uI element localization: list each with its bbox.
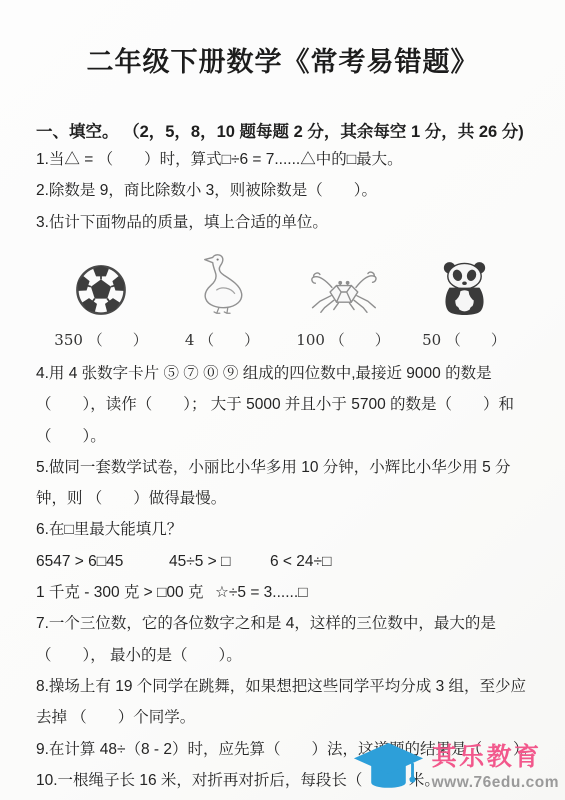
estimation-items: 350 （ ） 4 （ ） — [36, 238, 537, 350]
estimation-item-panda: 50 （ ） — [405, 248, 523, 350]
estimation-item-soccer-ball: 350 （ ） — [42, 248, 160, 350]
q6-expression-5: ☆÷5 = 3......□ — [215, 577, 308, 608]
soccer-ball-mass-blank: 350 （ ） — [54, 329, 147, 350]
graduation-cap-icon — [352, 740, 425, 796]
q6-expression-3: 6 < 24÷□ — [270, 546, 331, 577]
q6-expression-2: 45÷5 > □ — [169, 546, 270, 577]
goose-icon — [195, 248, 250, 316]
question-4: 4.用 4 张数字卡片 ⑤ ⑦ ⓪ ⑨ 组成的四位数中,最接近 9000 的数是… — [36, 358, 537, 452]
logo-website-url: www.76edu.com — [432, 774, 559, 793]
panda-mass-blank: 50 （ ） — [422, 329, 506, 350]
question-7: 7.一个三位数，它的各位数字之和是 4，这样的三位数中，最大的是（ ）， 最小的… — [36, 608, 537, 671]
q6-expression-4: 1 千克 - 300 克 > □00 克 — [36, 577, 215, 608]
q6-expression-1: 6547 > 6□45 — [36, 546, 169, 577]
crab-mass-blank: 100 （ ） — [296, 329, 389, 350]
q6-expressions-row-1: 6547 > 6□45 45÷5 > □ 6 < 24÷□ — [36, 546, 537, 577]
soccer-ball-icon — [75, 248, 127, 316]
estimation-item-goose: 4 （ ） — [163, 248, 281, 350]
panda-icon — [439, 248, 490, 316]
logo-brand-name: 其乐教育 — [432, 743, 542, 772]
worksheet-content: 一、填空。 （2，5，8，10 题每题 2 分，其余每空 1 分，共 26 分)… — [0, 121, 565, 796]
estimation-items-row: 350 （ ） 4 （ ） — [36, 238, 537, 350]
question-5: 5.做同一套数学试卷，小丽比小华多用 10 分钟，小辉比小华少用 5 分钟，则 … — [36, 452, 537, 515]
goose-mass-blank: 4 （ ） — [185, 329, 259, 350]
section-heading: 一、填空。 （2，5，8，10 题每题 2 分，其余每空 1 分，共 26 分) — [36, 121, 537, 144]
question-3: 3.估计下面物品的质量，填上合适的单位。 — [36, 207, 537, 238]
page-title: 二年级下册数学《常考易错题》 — [0, 0, 565, 79]
logo-text-block: 其乐教育 www.76edu.com — [432, 743, 559, 792]
question-6: 6.在□里最大能填几？ — [36, 514, 537, 545]
question-8: 8.操场上有 19 个同学在跳舞，如果想把这些同学平均分成 3 组，至少应去掉 … — [36, 671, 537, 734]
crab-icon — [306, 248, 380, 316]
worksheet-page: 二年级下册数学《常考易错题》 一、填空。 （2，5，8，10 题每题 2 分，其… — [0, 0, 565, 800]
qile-education-logo: 其乐教育 www.76edu.com — [352, 740, 559, 796]
question-2: 2.除数是 9，商比除数小 3，则被除数是（ ）。 — [36, 175, 537, 206]
q6-expressions-row-2: 1 千克 - 300 克 > □00 克 ☆÷5 = 3......□ — [36, 577, 537, 608]
estimation-item-crab: 100 （ ） — [284, 248, 402, 350]
question-1: 1.当△ = （ ）时，算式□÷6 = 7......△中的□最大。 — [36, 144, 537, 175]
